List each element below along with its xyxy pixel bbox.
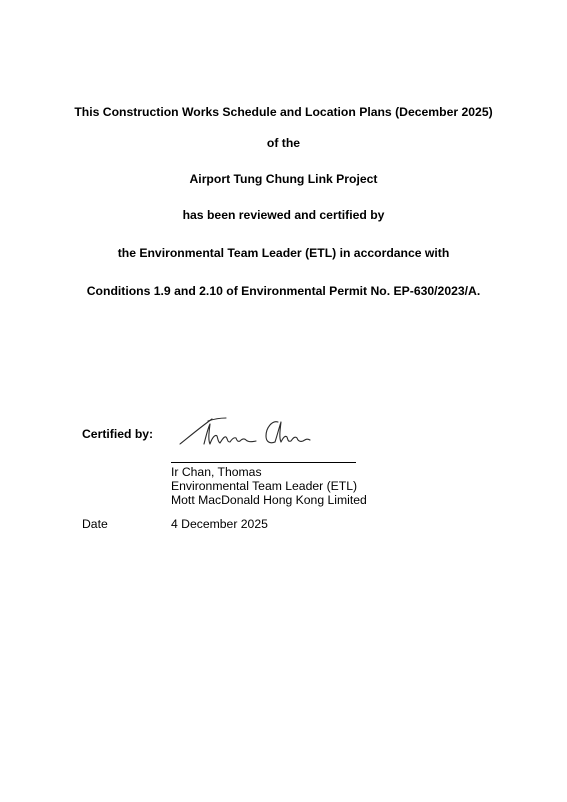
statement-line-of-the: of the	[0, 136, 567, 150]
certification-page: This Construction Works Schedule and Loc…	[0, 0, 567, 802]
signer-name: Ir Chan, Thomas	[171, 465, 367, 479]
statement-line-project: Airport Tung Chung Link Project	[0, 172, 567, 186]
statement-line-title: This Construction Works Schedule and Loc…	[0, 105, 567, 119]
signer-role: Environmental Team Leader (ETL)	[171, 479, 367, 493]
signature-line	[171, 462, 356, 463]
certified-by-label: Certified by:	[82, 427, 153, 441]
statement-line-conditions: Conditions 1.9 and 2.10 of Environmental…	[0, 284, 567, 298]
signer-company: Mott MacDonald Hong Kong Limited	[171, 493, 367, 507]
signer-block: Ir Chan, Thomas Environmental Team Leade…	[171, 465, 367, 507]
statement-line-reviewed: has been reviewed and certified by	[0, 208, 567, 222]
statement-line-etl: the Environmental Team Leader (ETL) in a…	[0, 246, 567, 260]
date-label: Date	[82, 517, 108, 531]
signature-icon	[178, 414, 313, 456]
date-value: 4 December 2025	[171, 517, 268, 531]
